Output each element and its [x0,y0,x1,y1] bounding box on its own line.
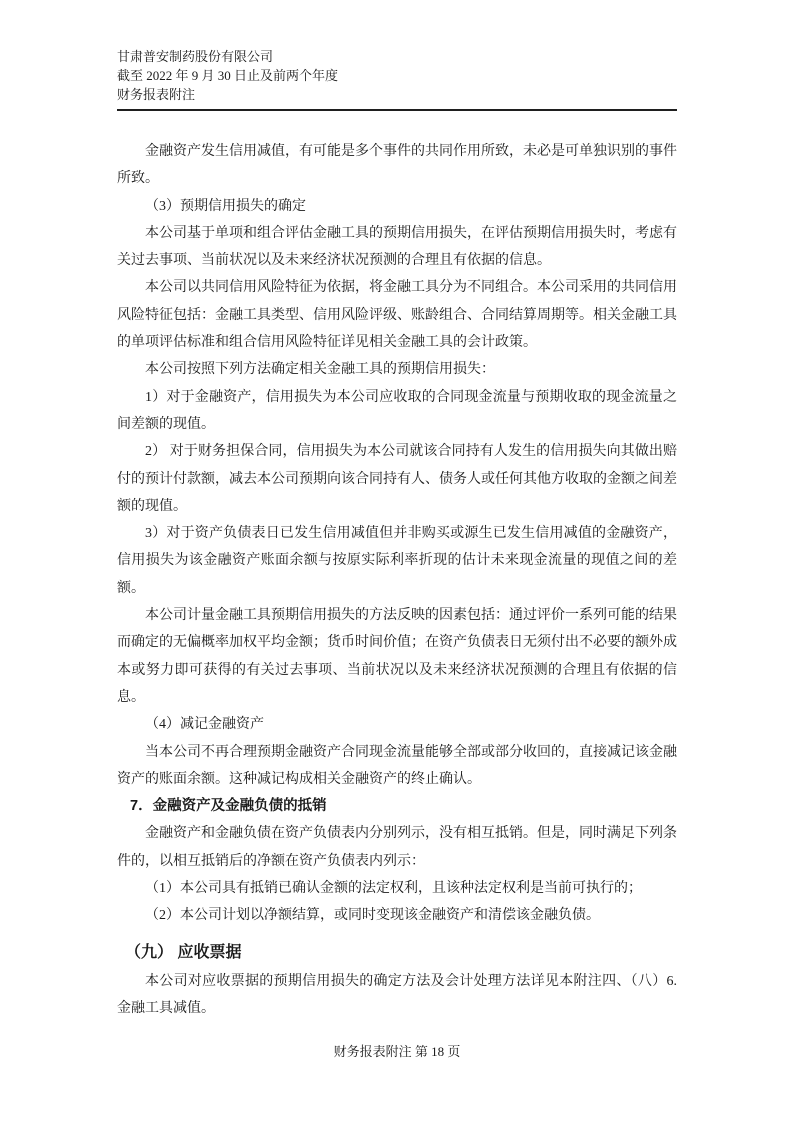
document-title: 财务报表附注 [117,85,677,104]
body-paragraph: 本公司按照下列方法确定相关金融工具的预期信用损失： [117,356,677,383]
subsection-heading-4: （4）减记金融资产 [117,711,677,738]
section-heading-offset: 7．金融资产及金融负债的抵销 [117,793,677,820]
body-paragraph: 金融资产和金融负债在资产负债表内分别列示，没有相互抵销。但是，同时满足下列条件的… [117,820,677,875]
page-header: 甘肃普安制药股份有限公司 截至 2022 年 9 月 30 日止及前两个年度 财… [117,47,677,111]
body-paragraph: 本公司基于单项和组合评估金融工具的预期信用损失，在评估预期信用损失时，考虑有关过… [117,220,677,275]
list-item-2: 2） 对于财务担保合同，信用损失为本公司就该合同持有人发生的信用损失向其做出赔付… [117,438,677,520]
list-item-1: 1）对于金融资产，信用损失为本公司应收取的合同现金流量与预期收取的现金流量之间差… [117,384,677,439]
body-paragraph: 本公司以共同信用风险特征为依据，将金融工具分为不同组合。本公司采用的共同信用风险… [117,274,677,356]
body-paragraph: 本公司计量金融工具预期信用损失的方法反映的因素包括：通过评价一系列可能的结果而确… [117,602,677,711]
company-name: 甘肃普安制药股份有限公司 [117,47,677,66]
body-paragraph: 当本公司不再合理预期金融资产合同现金流量能够全部或部分收回的，直接减记该金融资产… [117,739,677,794]
footer-page-label: 财务报表附注 第 18 页 [334,1044,461,1059]
document-body: 金融资产发生信用减值，有可能是多个事件的共同作用所致，未必是可单独识别的事件所致… [117,138,677,1022]
report-period: 截至 2022 年 9 月 30 日止及前两个年度 [117,66,677,85]
section-heading-bills-receivable: （九） 应收票据 [117,938,677,968]
page-footer: 财务报表附注 第 18 页 [117,1042,677,1062]
condition-item-1: （1）本公司具有抵销已确认金额的法定权利，且该种法定权利是当前可执行的； [117,875,677,902]
list-item-3: 3）对于资产负债表日已发生信用减值但并非购买或源生已发生信用减值的金融资产，信用… [117,520,677,602]
subsection-heading-3: （3）预期信用损失的确定 [117,193,677,220]
document-page: 甘肃普安制药股份有限公司 截至 2022 年 9 月 30 日止及前两个年度 财… [0,0,793,1122]
condition-item-2: （2）本公司计划以净额结算，或同时变现该金融资产和清偿该金融负债。 [117,902,677,929]
body-paragraph: 金融资产发生信用减值，有可能是多个事件的共同作用所致，未必是可单独识别的事件所致… [117,138,677,193]
body-paragraph: 本公司对应收票据的预期信用损失的确定方法及会计处理方法详见本附注四、（八）6.金… [117,968,677,1023]
